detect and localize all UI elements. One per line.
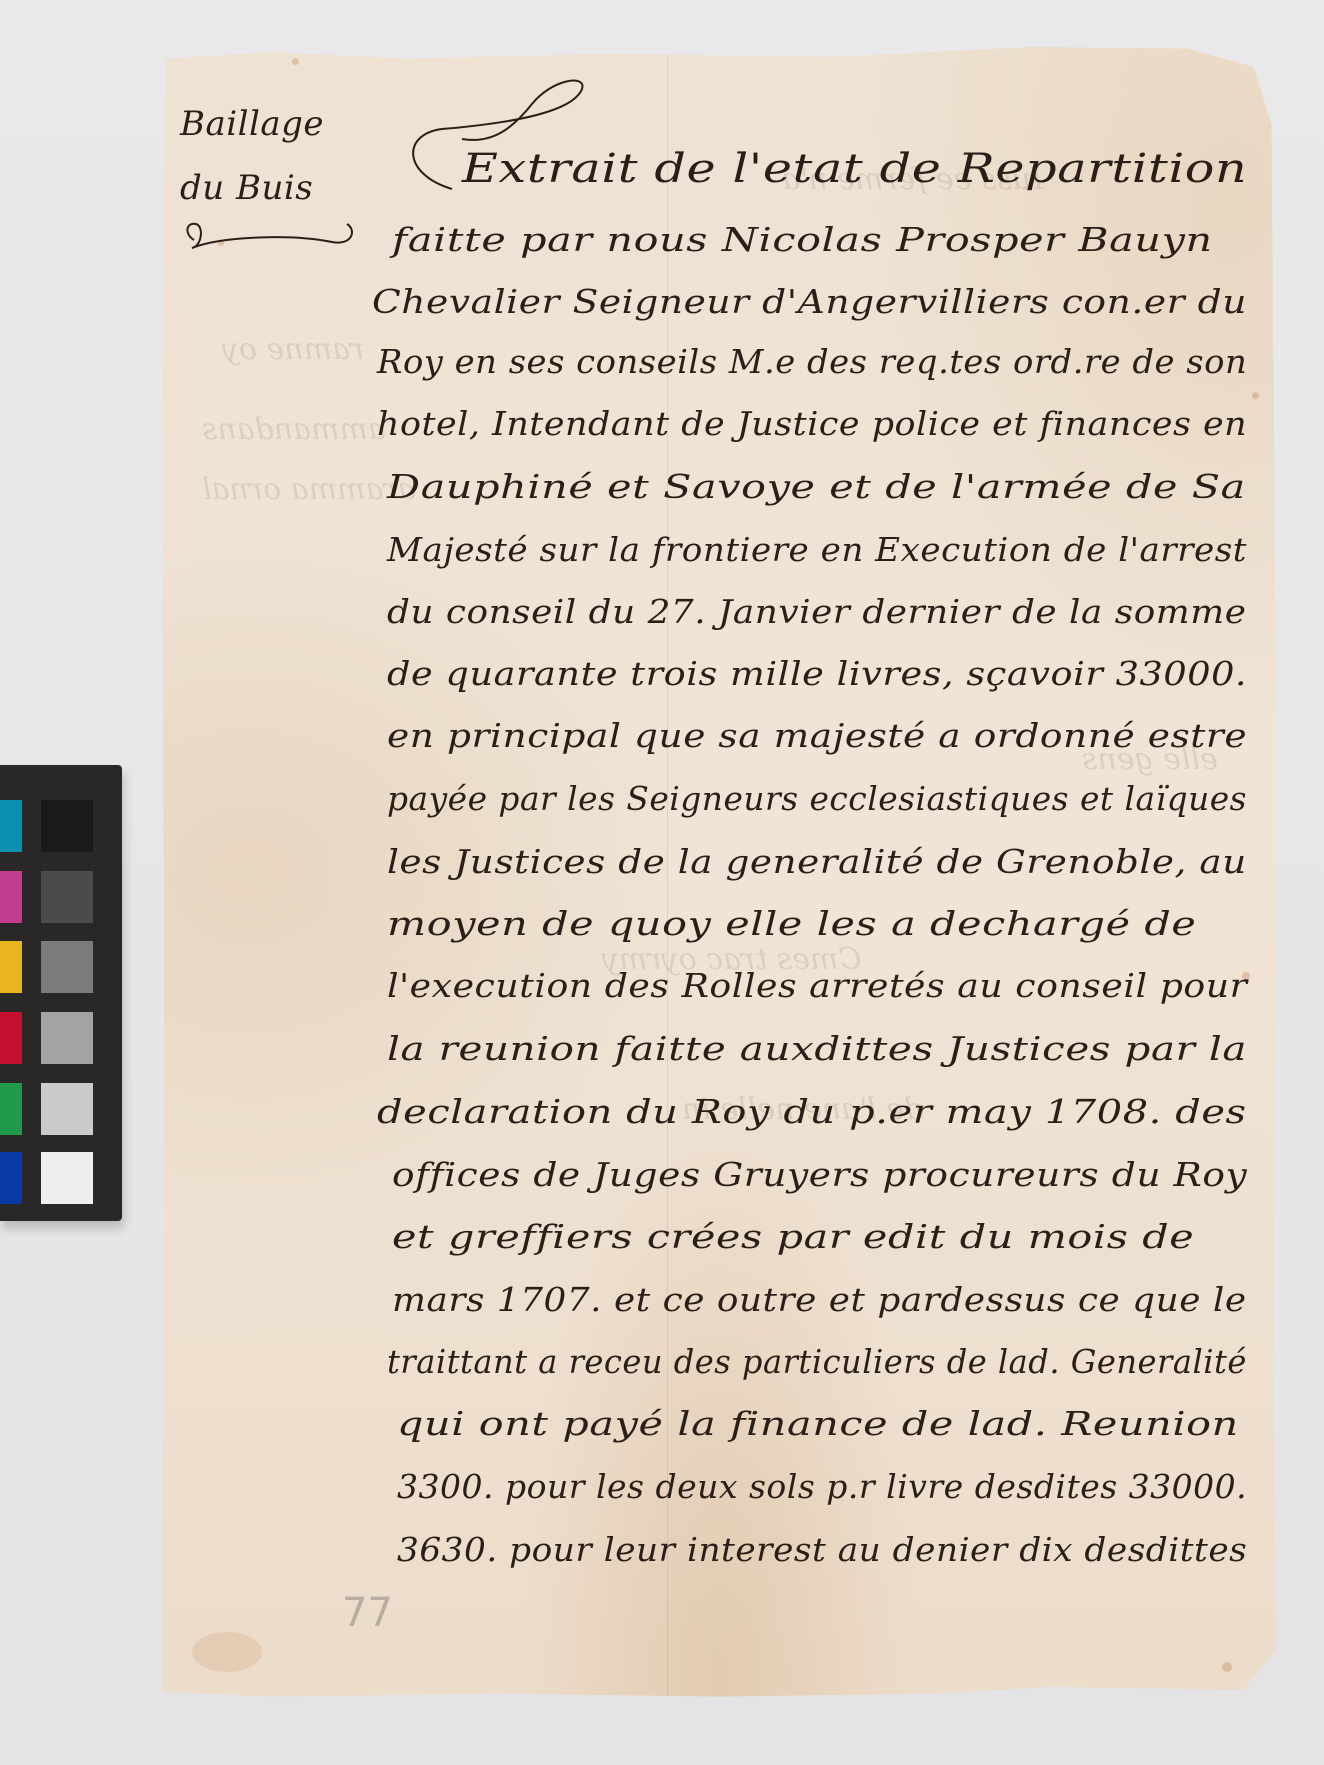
- swatch-blue: [0, 1152, 22, 1204]
- swatch-pale-gray: [41, 1083, 93, 1135]
- bleed-through-text: ramne oy: [222, 332, 364, 367]
- swatch-magenta: [0, 871, 22, 923]
- swatch-light-gray: [41, 1012, 93, 1064]
- manuscript-page: Iuss ee ferme n'a ramne oy ammandans ara…: [162, 42, 1276, 1700]
- swatch-cyan: [0, 800, 22, 852]
- swatch-mid-gray: [41, 941, 93, 993]
- body-line-2: Chevalier Seigneur d'Angervilliers con.e…: [372, 282, 1247, 321]
- pencil-page-number: 77: [342, 1590, 393, 1636]
- body-line-15: declaration du Roy du p.er may 1708. des: [377, 1092, 1247, 1131]
- body-line-12: moyen de quoy elle les a dechargé de: [387, 904, 1196, 943]
- body-line-9: en principal que sa majesté a ordonné es…: [387, 716, 1247, 755]
- color-calibration-card: [0, 765, 122, 1221]
- foxing-spot: [1252, 392, 1259, 399]
- body-line-13: l'execution des Rolles arretés au consei…: [387, 966, 1247, 1005]
- photo-background: Iuss ee ferme n'a ramne oy ammandans ara…: [0, 0, 1324, 1765]
- margin-flourish: [182, 212, 362, 262]
- body-line-14: la reunion faitte auxdittes Justices par…: [387, 1029, 1247, 1068]
- body-line-6: Majesté sur la frontiere en Execution de…: [387, 530, 1247, 569]
- body-line-16: offices de Juges Gruyers procureurs du R…: [392, 1155, 1247, 1194]
- swatch-dark-gray: [41, 871, 93, 923]
- body-line-17: et greffiers crées par edit du mois de: [392, 1217, 1194, 1256]
- bleed-through-text: ammandans: [202, 412, 386, 447]
- margin-note-line-1: Baillage: [180, 104, 324, 144]
- body-line-20: qui ont payé la finance de lad. Reunion: [397, 1404, 1239, 1443]
- body-line-11: les Justices de la generalité de Grenobl…: [387, 842, 1247, 881]
- bleed-through-text: aramma ornal: [202, 472, 416, 507]
- body-line-18: mars 1707. et ce outre et pardessus ce q…: [392, 1280, 1247, 1319]
- swatch-green: [0, 1083, 22, 1135]
- body-line-7: du conseil du 27. Janvier dernier de la …: [387, 592, 1246, 631]
- body-line-8: de quarante trois mille livres, sçavoir …: [387, 654, 1247, 693]
- document-title: Extrait de l'etat de Repartition: [462, 146, 1247, 192]
- foxing-spot: [292, 58, 299, 65]
- margin-note-line-2: du Buis: [180, 168, 313, 208]
- body-line-19: traittant a receu des particuliers de la…: [387, 1342, 1247, 1381]
- body-line-3: Roy en ses conseils M.e des req.tes ord.…: [377, 342, 1247, 381]
- swatch-yellow: [0, 941, 22, 993]
- body-line-1: faitte par nous Nicolas Prosper Bauyn: [392, 220, 1213, 259]
- swatch-black: [41, 800, 93, 852]
- swatch-white: [41, 1152, 93, 1204]
- body-line-22: 3630. pour leur interest au denier dix d…: [397, 1530, 1247, 1569]
- foxing-spot: [1222, 1662, 1232, 1672]
- body-line-10: payée par les Seigneurs ecclesiastiques …: [387, 779, 1247, 818]
- body-line-4: hotel, Intendant de Justice police et fi…: [377, 404, 1247, 443]
- edge-stain: [192, 1632, 262, 1672]
- body-line-5: Dauphiné et Savoye et de l'armée de Sa: [387, 467, 1246, 506]
- body-line-21: 3300. pour les deux sols p.r livre desdi…: [397, 1467, 1247, 1506]
- swatch-red: [0, 1012, 22, 1064]
